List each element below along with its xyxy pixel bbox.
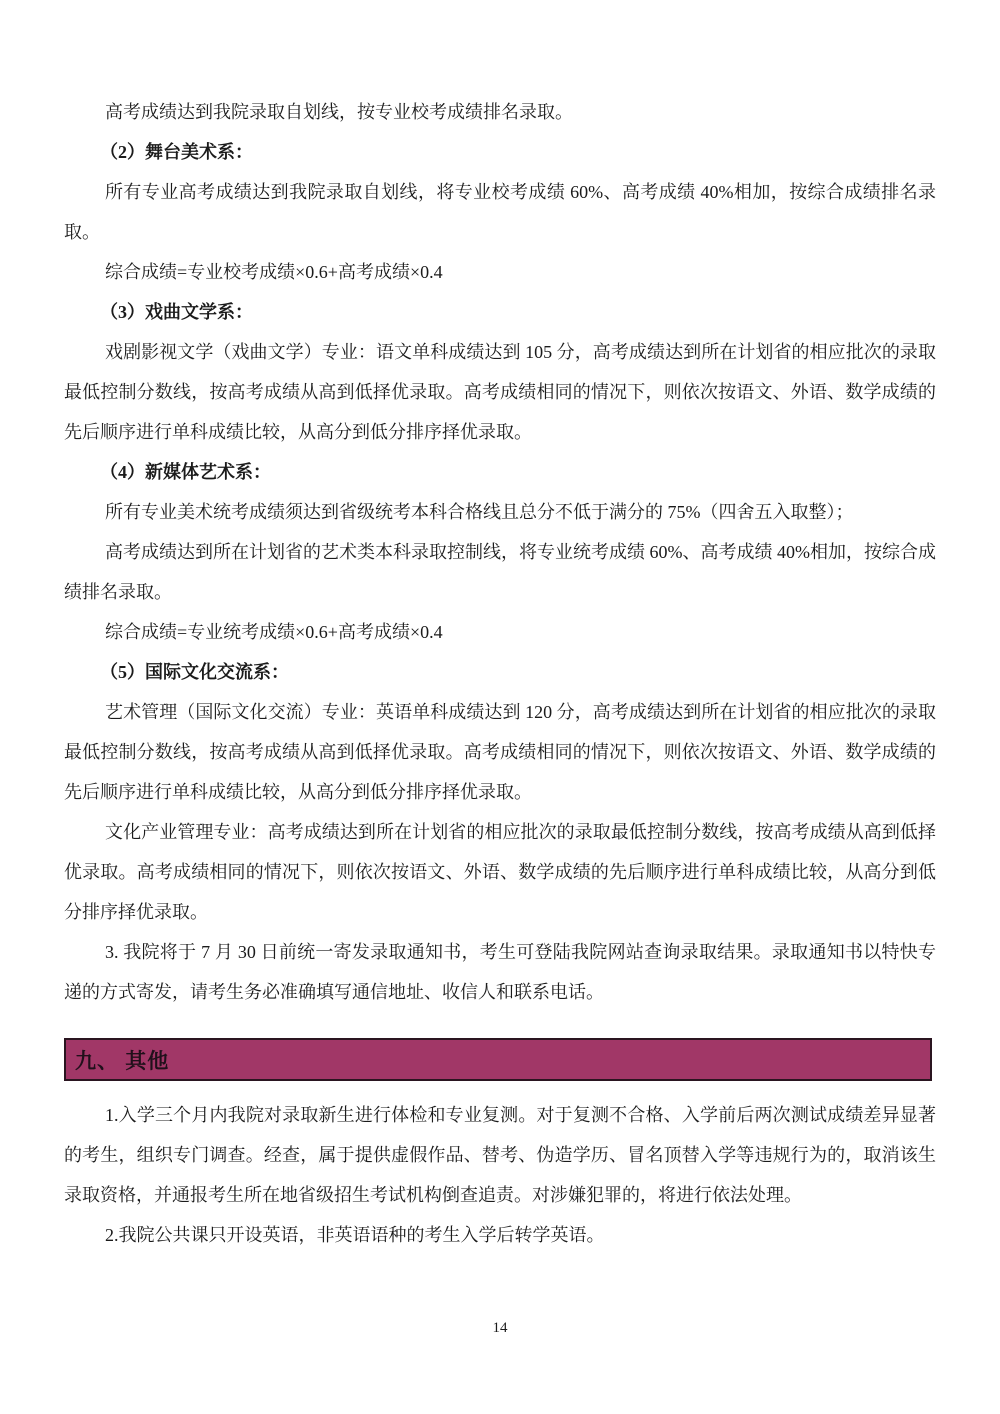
- paragraph-other-2: 2.我院公共课只开设英语，非英语语种的考生入学后转学英语。: [64, 1215, 936, 1255]
- paragraph-other-1: 1.入学三个月内我院对录取新生进行体检和专业复测。对于复测不合格、入学前后两次测…: [64, 1095, 936, 1215]
- paragraph-new-media-2: 高考成绩达到所在计划省的艺术类本科录取控制线，将专业统考成绩 60%、高考成绩 …: [64, 532, 936, 612]
- paragraph-admission-notice: 3. 我院将于 7 月 30 日前统一寄发录取通知书，考生可登陆我院网站查询录取…: [64, 932, 936, 1012]
- document-page: 高考成绩达到我院录取自划线，按专业校考成绩排名录取。 （2）舞台美术系： 所有专…: [0, 0, 1000, 1414]
- paragraph-new-media-1: 所有专业美术统考成绩须达到省级统考本科合格线且总分不低于满分的 75%（四舍五入…: [64, 492, 936, 532]
- section-title: 九、 其他: [75, 1045, 169, 1075]
- paragraph-intl-exchange-1: 艺术管理（国际文化交流）专业：英语单科成绩达到 120 分，高考成绩达到所在计划…: [64, 692, 936, 812]
- subsection-heading-stage-design: （2）舞台美术系：: [64, 132, 936, 172]
- subsection-heading-intl-exchange: （5）国际文化交流系：: [64, 652, 936, 692]
- paragraph-opera-literature: 戏剧影视文学（戏曲文学）专业：语文单科成绩达到 105 分，高考成绩达到所在计划…: [64, 332, 936, 452]
- formula-stage-design: 综合成绩=专业校考成绩×0.6+高考成绩×0.4: [64, 252, 936, 292]
- formula-new-media: 综合成绩=专业统考成绩×0.6+高考成绩×0.4: [64, 612, 936, 652]
- paragraph-stage-design: 所有专业高考成绩达到我院录取自划线，将专业校考成绩 60%、高考成绩 40%相加…: [64, 172, 936, 252]
- paragraph-intro: 高考成绩达到我院录取自划线，按专业校考成绩排名录取。: [64, 92, 936, 132]
- document-body: 高考成绩达到我院录取自划线，按专业校考成绩排名录取。 （2）舞台美术系： 所有专…: [0, 0, 1000, 1255]
- paragraph-intl-exchange-2: 文化产业管理专业：高考成绩达到所在计划省的相应批次的录取最低控制分数线，按高考成…: [64, 812, 936, 932]
- subsection-heading-opera-literature: （3）戏曲文学系：: [64, 292, 936, 332]
- page-number: 14: [0, 1320, 1000, 1337]
- section-header-bar: 九、 其他: [64, 1038, 932, 1081]
- subsection-heading-new-media: （4）新媒体艺术系：: [64, 452, 936, 492]
